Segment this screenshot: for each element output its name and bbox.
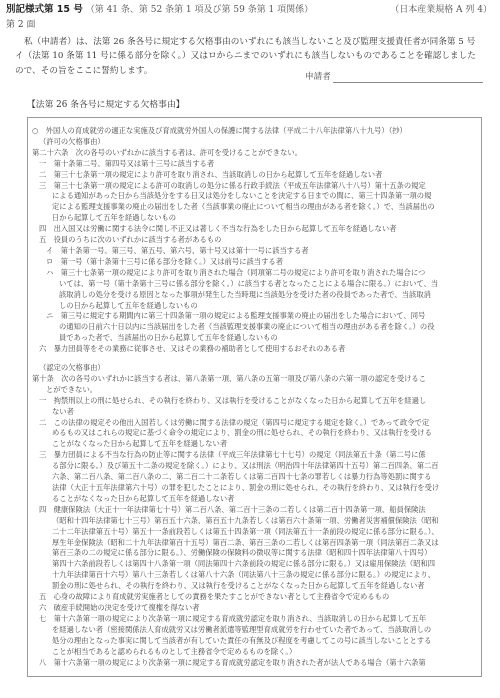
law-line: 厚生年金保険法（昭和二十九年法律第百十五号）第百二条、第百三条の二若しくは第百四… [32, 538, 479, 549]
law-line: 六条、第二百八条、第二百八条の二、第二百二十二条若しくは第二百四十七条の罪若しく… [32, 472, 479, 483]
law-line: 罰金の刑に処せられ、その執行を終わり、又は執行を受けることがなくなった日から起算… [32, 581, 479, 592]
law-line: 六 暴力団員等をその業務に従事させ、又はその業務の補助者として使用するおそれのあ… [32, 344, 479, 355]
law-line: 二 第三十七条第一項の規定により許可を取り消され、当該取消しの日から起算して五年… [32, 170, 479, 181]
law-line: イ 第十条第一号、第三号、第五号、第六号、第十号又は第十一号に該当する者 [32, 246, 479, 257]
paper-size: （日本産業規格 A 列 4） [390, 4, 492, 16]
law-excerpt: ○ 外国人の育成就労の適正な実施及び育成就労外国人の保護に関する法律（平成二十八… [32, 126, 479, 668]
law-line: 第二十六条 次の各号のいずれかに該当する者は、許可を受けることができない。 [32, 148, 479, 159]
law-line: 八 第十六条第一項の規定により次条第一項に規定する育成就労認定を取り消された者が… [32, 658, 479, 669]
law-line: による通知があった日から当該処分をする日又は処分をしないことを決定する日までの間… [32, 191, 479, 202]
law-line: 六 破産手続開始の決定を受けて復権を得ない者 [32, 603, 479, 614]
law-line: ニ 第三号に規定する期間内に第三十四条第一項の規定による監理支援事業の廃止の届出… [32, 311, 479, 322]
law-line: ハ 第三十七条第一項の規定により許可を取り消された場合（同項第二号の規定により許… [32, 268, 479, 279]
law-line: 二十二年法律第五十号）第五十一条前段若しくは第五十四条第一項（同法第五十一条前段… [32, 527, 479, 538]
page-number: 第 2 面 [6, 17, 35, 30]
law-line: 十九年法律第百十六号）第八十三条若しくは第八十六条（同法第八十三条の規定に係る部… [32, 570, 479, 581]
law-line: （認定の欠格事由） [32, 363, 479, 374]
law-line: ることがなくなった日から起算して五年を経過しない者 [32, 494, 479, 505]
law-line: 該取消しの処分を受ける原因となった事項が発生した当時現に当該処分を受けた者の役員… [32, 290, 479, 301]
law-line: 三 暴力団員による不当な行為の防止等に関する法律（平成三年法律第七十七号）の規定… [32, 450, 479, 461]
law-line: 一 拘禁刑以上の刑に処せられ、その執行を終わり、又は執行を受けることがなくなった… [32, 396, 479, 407]
law-line: 四 出入国又は労働に関する法令に関し不正又は著しく不当な行為をした日から起算して… [32, 224, 479, 235]
law-line: の通知の日前六十日以内に当該届出をした者（当該監理支援事業の廃止について相当の理… [32, 322, 479, 333]
spacer [32, 355, 479, 363]
law-line: 処分の理由となった事実に関して当該者が有していた責任の有無及び程度を考慮してこの… [32, 636, 479, 647]
law-line: る部分に限る。）及び第五十二条の規定を除く。）により、又は刑法（明治四十年法律第… [32, 461, 479, 472]
law-line: ことが相当であると認められるものとして主務省令で定めるものを除く。） [32, 647, 479, 658]
law-line: 法律（大正十五年法律第六十号）の罪を犯したことにより、罰金の刑に処せられ、その執… [32, 483, 479, 494]
law-line: 員であった者で、当該届出の日から起算して五年を経過しないもの [32, 333, 479, 344]
law-line: 五 心身の故障により育成就労実施者としての責務を果たすことができない者として主務… [32, 592, 479, 603]
law-line: 五 役員のうちに次のいずれかに該当する者があるもの [32, 235, 479, 246]
section-title: 【法第 26 条各号に規定する欠格事由】 [27, 97, 185, 110]
law-line: ロ 第一号（第十条第十三号に係る部分を除く。）又は前号に該当する者 [32, 257, 479, 268]
law-line: 第十条 次の各号のいずれかに該当する者は、第八条第一項、第八条の五第一項及び第八… [32, 374, 479, 385]
law-line: ことがなくなった日から起算して五年を経過しない者 [32, 439, 479, 450]
law-line: を経過しない者（密接関係法人育成就労又は労働者派遣等監理型育成就労を行わせていた… [32, 625, 479, 636]
law-line: （許可の欠格事由） [32, 137, 479, 148]
law-line: 一 第十条第二号、第四号又は第十三号に該当する者 [32, 159, 479, 170]
form-header: 別記様式第 15 号 （第 41 条、第 52 条第 1 項及び第 59 条第 … [6, 4, 494, 16]
signature-label: 申請者 [305, 70, 331, 82]
law-line: いては、第一号（第十条第十三号に係る部分を除く。）に該当する者となったことによる… [32, 279, 479, 290]
law-line: 定による監理支援事業の廃止の届出をした者（当該事業の廃止について相当の理由がある… [32, 202, 479, 213]
law-line: （昭和十四年法律第七十三号）第百五十六条、第百五十九条若しくは第百六十条第一項、… [32, 516, 479, 527]
law-line: 第百三条の二の規定に係る部分に限る。）、労働保険の保険料の徴収等に関する法律（昭… [32, 548, 479, 559]
law-line: 二 この法律の規定その他出入国若しくは労働に関する法律の規定（第四号に規定する規… [32, 418, 479, 429]
form-reference: （第 41 条、第 52 条第 1 項及び第 59 条第 1 項関係） [86, 5, 313, 15]
law-line: 七 第十六条第一項の規定により次条第一項に規定する育成就労認定を取り消され、当該… [32, 614, 479, 625]
law-line: とができない。 [32, 385, 479, 396]
law-line: 日から起算して五年を経過しないもの [32, 213, 479, 224]
law-line: めるもの又はこれらの規定に基づく命令の規定により、罰金の刑に処せられ、その執行を… [32, 428, 479, 439]
disqualification-box: ○ 外国人の育成就労の適正な実施及び育成就労外国人の保護に関する法律（平成二十八… [27, 117, 482, 677]
law-line: ○ 外国人の育成就労の適正な実施及び育成就労外国人の保護に関する法律（平成二十八… [32, 126, 479, 137]
law-line: 四 健康保険法（大正十一年法律第七十号）第二百八条、第二百十三条の二若しくは第二… [32, 505, 479, 516]
law-line: 三 第三十七条第一項の規定による許可の取消しの処分に係る行政手続法（平成五年法律… [32, 181, 479, 192]
signature-field[interactable] [333, 82, 483, 83]
pledge-text: 私（申請者）は、法第 26 条各号に規定する欠格事由のいずれにも該当しないこと及… [15, 35, 483, 78]
law-line: 第四十六条前段若しくは第四十八条第一項（同法第四十六条前段の規定に係る部分に限る… [32, 559, 479, 570]
law-line: ない者 [32, 407, 479, 418]
law-line: しの日から起算して五年を経過しないもの [32, 301, 479, 312]
form-number: 別記様式第 15 号 [6, 4, 83, 15]
